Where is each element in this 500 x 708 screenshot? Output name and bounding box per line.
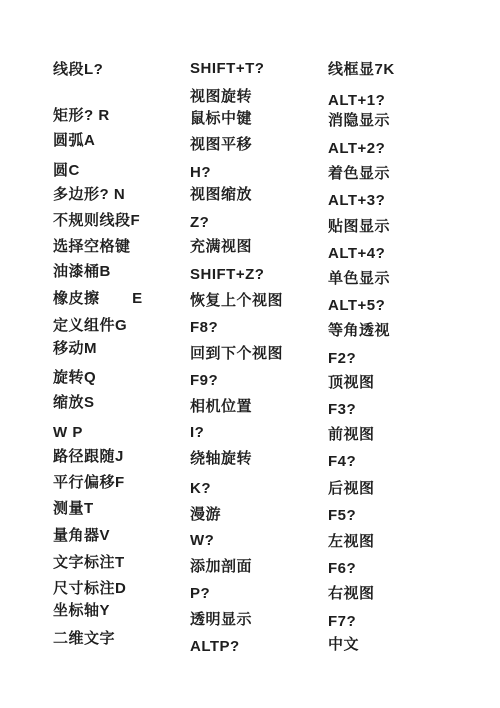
shortcut-item: F5? — [328, 507, 356, 524]
shortcut-item: 回到下个视图 — [190, 345, 283, 362]
shortcut-item: 定义组件G — [53, 317, 127, 334]
shortcut-item: Z? — [190, 214, 209, 231]
shortcut-item: 添加剖面 — [190, 558, 252, 575]
shortcut-item: 选择空格键 — [53, 238, 131, 255]
shortcut-item: 文字标注T — [53, 554, 125, 571]
shortcut-item: 旋转Q — [53, 369, 96, 386]
shortcut-item: 视图旋转 — [190, 88, 252, 105]
shortcut-item: ALT+1? — [328, 92, 385, 109]
shortcut-item: F8? — [190, 319, 218, 336]
shortcut-item: 尺寸标注D — [53, 580, 126, 597]
shortcut-item: 圆C — [53, 162, 80, 179]
shortcut-item: 相机位置 — [190, 398, 252, 415]
shortcut-item: ALT+4? — [328, 245, 385, 262]
shortcut-item: I? — [190, 424, 204, 441]
shortcut-item: 视图缩放 — [190, 186, 252, 203]
shortcut-item: 平行偏移F — [53, 474, 125, 491]
shortcut-item: 绕轴旋转 — [190, 450, 252, 467]
shortcut-item: ALT+2? — [328, 140, 385, 157]
shortcut-item: P? — [190, 585, 210, 602]
shortcut-item: 油漆桶B — [53, 263, 111, 280]
shortcut-item: F4? — [328, 453, 356, 470]
shortcut-item: F9? — [190, 372, 218, 389]
shortcut-item: W? — [190, 532, 214, 549]
shortcut-item: 右视图 — [328, 585, 375, 602]
shortcut-item: 充满视图 — [190, 238, 252, 255]
shortcut-item: 着色显示 — [328, 165, 390, 182]
shortcut-item: 缩放S — [53, 394, 95, 411]
shortcut-item: F2? — [328, 350, 356, 367]
shortcut-item: F7? — [328, 613, 356, 630]
shortcut-item: F3? — [328, 401, 356, 418]
shortcut-item: 视图平移 — [190, 136, 252, 153]
shortcut-item: 消隐显示 — [328, 112, 390, 129]
shortcut-item: 量角器V — [53, 527, 110, 544]
shortcut-item: 贴图显示 — [328, 218, 390, 235]
shortcut-item: 多边形? N — [53, 186, 125, 203]
shortcut-item: ALTP? — [190, 638, 240, 655]
shortcut-item: SHIFT+Z? — [190, 266, 264, 283]
shortcut-item: 透明显示 — [190, 611, 252, 628]
shortcut-item: 后视图 — [328, 480, 375, 497]
shortcut-item: 单色显示 — [328, 270, 390, 287]
shortcut-item: H? — [190, 164, 211, 181]
shortcut-item: K? — [190, 480, 211, 497]
shortcut-item: 中文 — [328, 636, 359, 653]
shortcut-item: ALT+5? — [328, 297, 385, 314]
shortcut-item: W P — [53, 424, 83, 441]
shortcut-item: 移动M — [53, 340, 97, 357]
shortcut-item: 左视图 — [328, 533, 375, 550]
shortcut-item: 路径跟随J — [53, 448, 124, 465]
shortcut-item: 等角透视 — [328, 322, 390, 339]
shortcut-item: ALT+3? — [328, 192, 385, 209]
shortcut-item: SHIFT+T? — [190, 60, 264, 77]
shortcut-item: F6? — [328, 560, 356, 577]
shortcut-item: 二维文字 — [53, 630, 115, 647]
shortcut-item: 线框显7K — [328, 61, 395, 78]
shortcut-item: 不规则线段F — [53, 212, 140, 229]
shortcut-item: 前视图 — [328, 426, 375, 443]
shortcut-item: 测量T — [53, 500, 94, 517]
shortcut-item: 恢复上个视图 — [190, 292, 283, 309]
shortcut-item: 漫游 — [190, 506, 221, 523]
shortcut-item: 橡皮擦 E — [53, 290, 143, 307]
shortcut-item: 矩形? R — [53, 107, 110, 124]
shortcut-item: 顶视图 — [328, 374, 375, 391]
shortcut-item: 鼠标中键 — [190, 110, 252, 127]
shortcut-item: 线段L? — [53, 61, 103, 78]
document-page: 线段L?矩形? R圆弧A圆C多边形? N不规则线段F选择空格键油漆桶B橡皮擦 E… — [0, 0, 500, 708]
shortcut-item: 圆弧A — [53, 132, 95, 149]
shortcut-item: 坐标轴Y — [53, 602, 110, 619]
